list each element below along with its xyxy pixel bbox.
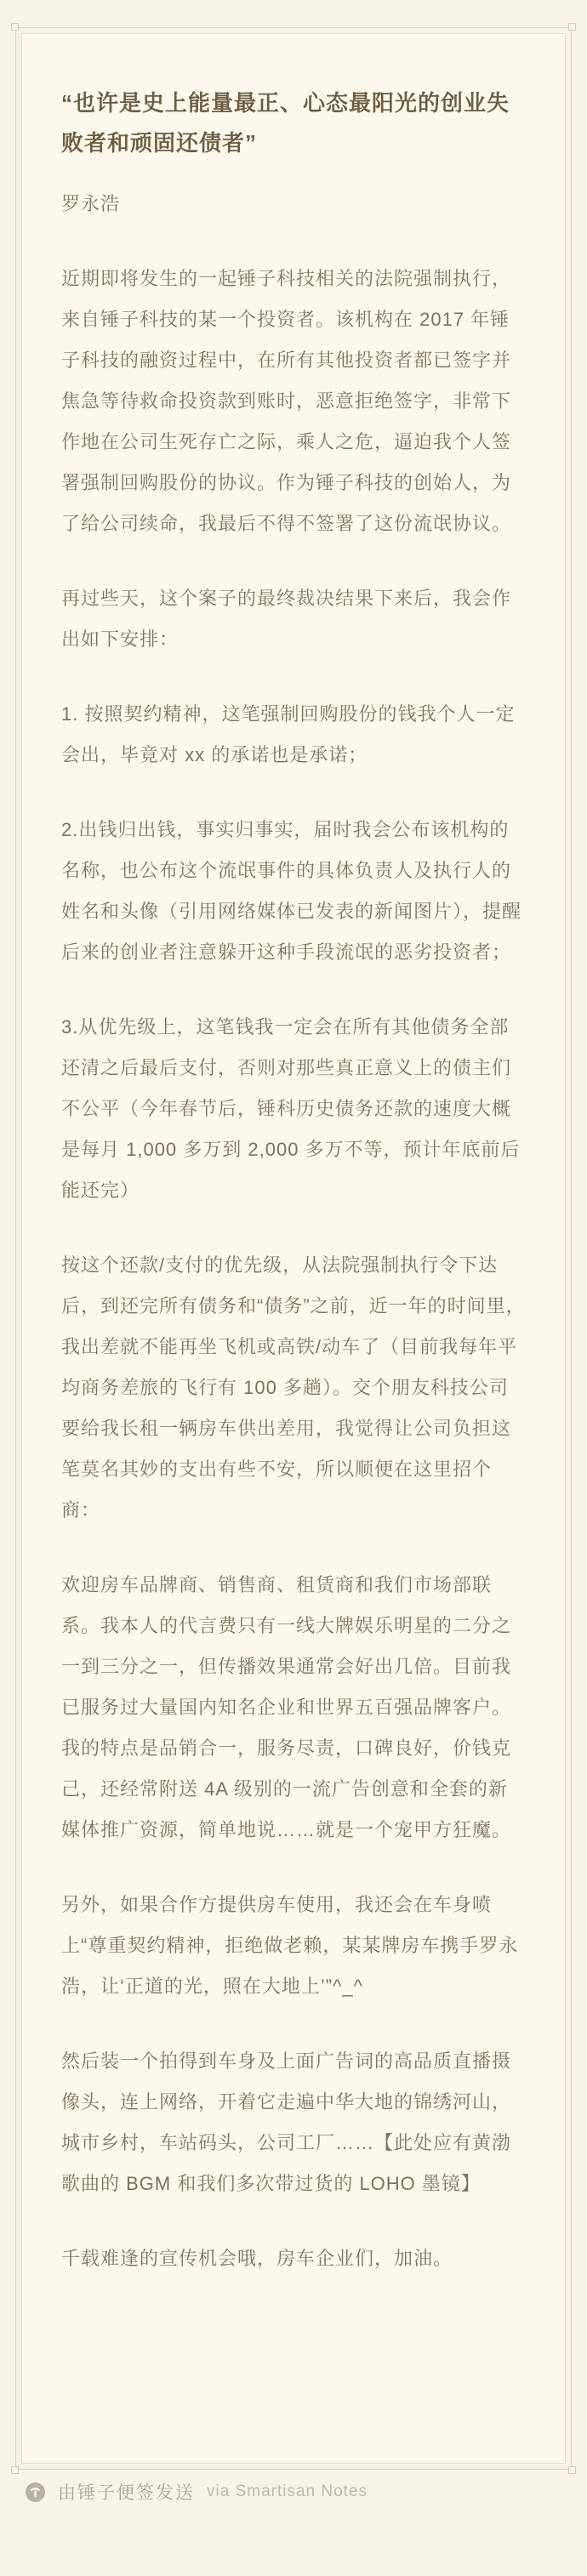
note-paragraph: 按这个还款/支付的优先级，从法院强制执行令下达后，到还完所有债务和“债务”之前，… xyxy=(61,1245,526,1531)
footer-sent-via-cn: 由锤子便签发送 xyxy=(58,2479,195,2505)
note-card-inner: “也许是史上能量最正、心态最阳光的创业失败者和顽固还债者” 罗永浩 近期即将发生… xyxy=(21,33,566,2464)
frame-corner-mark xyxy=(11,2466,19,2474)
note-card: “也许是史上能量最正、心态最阳光的创业失败者和顽固还债者” 罗永浩 近期即将发生… xyxy=(15,27,572,2470)
note-author: 罗永浩 xyxy=(61,184,526,225)
note-title: “也许是史上能量最正、心态最阳光的创业失败者和顽固还债者” xyxy=(61,83,526,163)
frame-corner-mark xyxy=(568,23,576,31)
note-paragraph: 3.从优先级上，这笔钱我一定会在所有其他债务全部还清之后最后支付，否则对那些真正… xyxy=(61,1007,526,1211)
note-paragraph: 1. 按照契约精神，这笔强制回购股份的钱我个人一定会出，毕竟对 xx 的承诺也是… xyxy=(61,694,526,776)
note-paragraph: 欢迎房车品牌商、销售商、租赁商和我们市场部联系。我本人的代言费只有一线大牌娱乐明… xyxy=(61,1565,526,1851)
note-body: 近期即将发生的一起锤子科技相关的法院强制执行，来自锤子科技的某一个投资者。该机构… xyxy=(61,259,526,2279)
note-paragraph: 2.出钱归出钱，事实归事实，届时我会公布该机构的名称，也公布这个流氓事件的具体负… xyxy=(61,810,526,973)
frame-corner-mark xyxy=(11,23,19,31)
footer-sent-via-en: via Smartisan Notes xyxy=(207,2482,368,2501)
smartisan-hammer-icon xyxy=(26,2482,45,2502)
note-paragraph: 再过些天，这个案子的最终裁决结果下来后，我会作出如下安排： xyxy=(61,578,526,660)
note-paragraph: 千载难逢的宣传机会哦，房车企业们，加油。 xyxy=(61,2238,526,2279)
note-paragraph: 近期即将发生的一起锤子科技相关的法院强制执行，来自锤子科技的某一个投资者。该机构… xyxy=(61,259,526,544)
note-paragraph: 另外，如果合作方提供房车使用，我还会在车身喷上“尊重契约精神，拒绝做老赖，某某牌… xyxy=(61,1885,526,2007)
note-paragraph: 然后装一个拍得到车身及上面广告词的高品质直播摄像头，连上网络，开着它走遍中华大地… xyxy=(61,2041,526,2204)
frame-corner-mark xyxy=(568,2466,576,2474)
footer: 由锤子便签发送 via Smartisan Notes xyxy=(26,2480,368,2504)
